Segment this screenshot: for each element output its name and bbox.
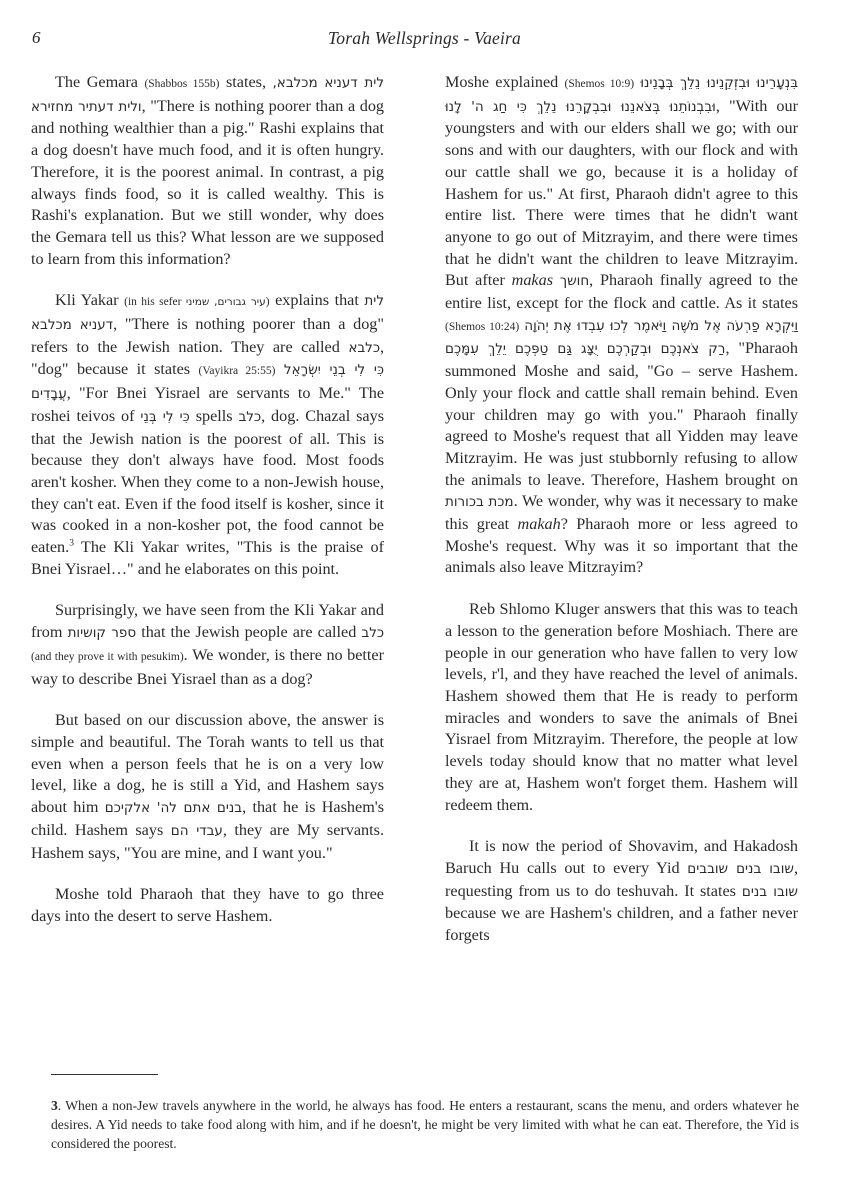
hebrew-word: כלבא: [348, 340, 380, 356]
source-citation: (Shabbos 155b): [144, 78, 219, 90]
hebrew-quote: שובו בנים: [742, 884, 798, 900]
hebrew-word: כלב: [361, 625, 384, 641]
hebrew-quote: בנים אתם לה' אלקיכם: [105, 800, 242, 816]
footnote-divider: [51, 1074, 158, 1075]
source-citation: (Shemos 10:24): [445, 321, 519, 333]
italic-term: makah: [518, 515, 561, 533]
paragraph-shovavim: It is now the period of Shovavim, and Ha…: [445, 836, 798, 947]
running-header: 6 Torah Wellsprings - Vaeira: [0, 28, 849, 52]
hebrew-quote: שובו בנים שובבים: [687, 861, 794, 877]
paragraph-moshe-explained: Moshe explained (Shemos 10:9) בִּנְעָרֵי…: [445, 72, 798, 579]
hebrew-word: עבדי הם: [171, 823, 223, 839]
hebrew-word: כלב: [238, 409, 261, 425]
source-citation: (Vayikra 25:55): [199, 365, 276, 377]
paragraph-reb-shlomo-kluger: Reb Shlomo Kluger answers that this was …: [445, 599, 798, 816]
paragraph-answer: But based on our discussion above, the a…: [31, 710, 384, 864]
source-citation: (Shemos 10:9): [564, 78, 634, 90]
hebrew-word: ספר קושיות: [68, 625, 137, 641]
footnote: 3. When a non-Jew travels anywhere in th…: [51, 1096, 799, 1153]
footnote-number: 3: [51, 1098, 58, 1113]
paragraph-kli-yakar: Kli Yakar (in his sefer עיר גבורים, שמינ…: [31, 290, 384, 580]
right-column: Moshe explained (Shemos 10:9) בִּנְעָרֵי…: [445, 72, 798, 967]
footnote-text: . When a non-Jew travels anywhere in the…: [51, 1098, 799, 1151]
paragraph-surprisingly: Surprisingly, we have seen from the Kli …: [31, 600, 384, 690]
paragraph-gemara: The Gemara (Shabbos 155b) states, לית דע…: [31, 72, 384, 270]
parenthetical-note: (and they prove it with pesukim): [31, 651, 184, 663]
hebrew-word: מכת בכורות: [445, 494, 514, 510]
source-citation: (in his sefer עיר גבורים, שמיני): [124, 296, 269, 308]
hebrew-word: חושך: [560, 273, 589, 289]
hebrew-word: כִּי לִי בְּנֵי: [140, 409, 189, 425]
italic-term: makas: [512, 271, 553, 289]
paragraph-moshe-told: Moshe told Pharaoh that they have to go …: [31, 884, 384, 927]
left-column: The Gemara (Shabbos 155b) states, לית דע…: [31, 72, 384, 948]
book-title: Torah Wellsprings - Vaeira: [0, 28, 849, 49]
